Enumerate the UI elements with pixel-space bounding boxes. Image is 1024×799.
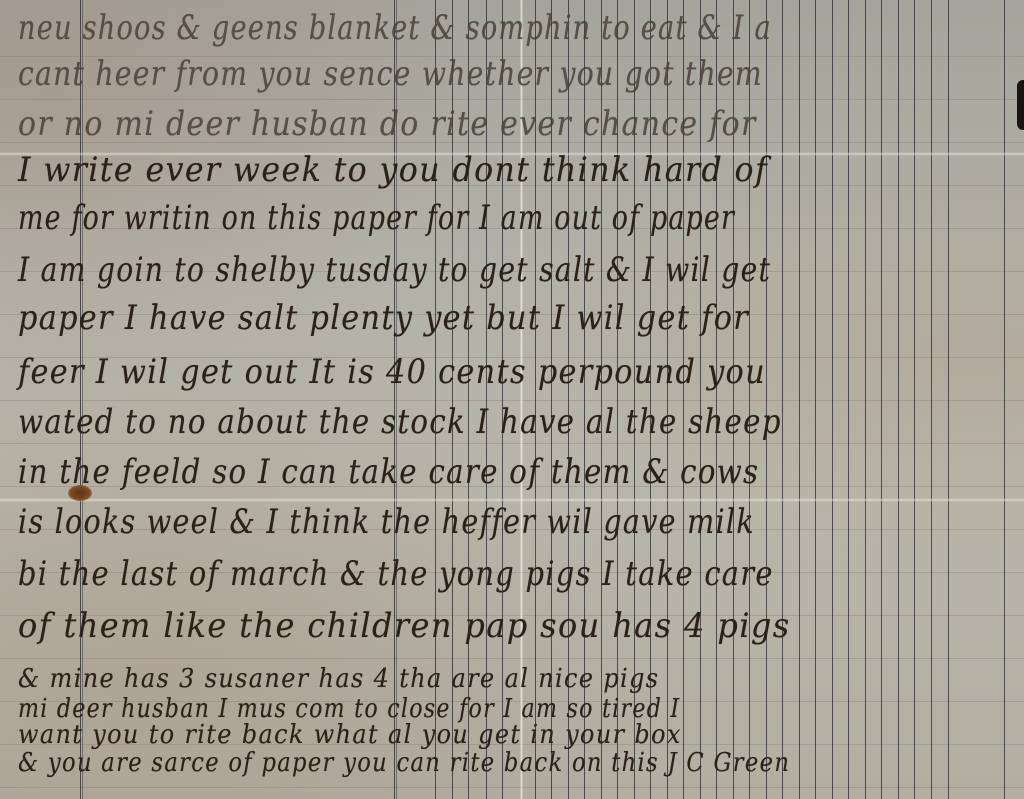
- letter-line-9: wated to no about the stock I have al th…: [18, 402, 782, 442]
- letter-line-12: bi the last of march & the yong pigs I t…: [18, 554, 774, 594]
- letter-line-2: cant heer from you sence whether you got…: [18, 54, 763, 94]
- letter-line-17: & you are sarce of paper you can rite ba…: [18, 748, 790, 778]
- letter-line-6: I am goin to shelby tusday to get salt &…: [18, 250, 771, 290]
- letter-line-4: I write ever week to you dont think hard…: [18, 150, 768, 190]
- letter-page: neu shoos & geens blanket & somphin to e…: [0, 0, 1024, 799]
- letter-line-5: me for writin on this paper for I am out…: [18, 198, 735, 238]
- letter-line-11: is looks weel & I think the heffer wil g…: [18, 502, 755, 542]
- letter-line-13: of them like the children pap sou has 4 …: [18, 606, 791, 646]
- letter-line-3: or no mi deer husban do rite ever chance…: [18, 104, 757, 144]
- letter-line-16: want you to rite back what al you get in…: [18, 720, 682, 750]
- letter-body: neu shoos & geens blanket & somphin to e…: [0, 0, 1024, 799]
- letter-line-1: neu shoos & geens blanket & somphin to e…: [18, 8, 772, 48]
- letter-line-8: feer I wil get out It is 40 cents perpou…: [18, 352, 766, 392]
- letter-line-7: paper I have salt plenty yet but I wil g…: [18, 298, 749, 338]
- letter-line-14: & mine has 3 susaner has 4 tha are al ni…: [18, 664, 659, 694]
- letter-line-10: in the feeld so I can take care of them …: [18, 452, 759, 492]
